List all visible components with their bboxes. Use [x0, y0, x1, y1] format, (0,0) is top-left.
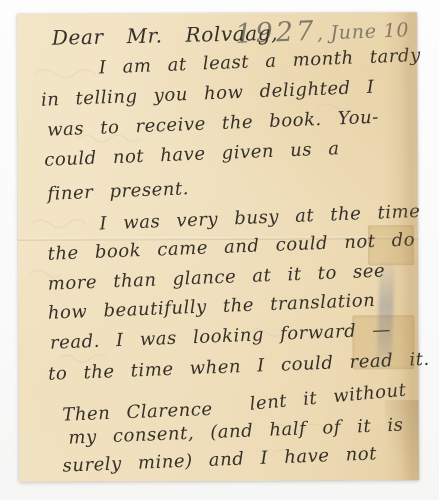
letter-line: Then Clarence	[62, 399, 213, 426]
letter-line: could not have given us a	[44, 138, 340, 171]
letter-line: how beautifully the translation	[48, 290, 376, 324]
letter-line: was to receive the book. You-	[47, 107, 379, 141]
letter-line: to the time when I could read it.	[48, 349, 430, 385]
letter-line: finer present.	[47, 178, 189, 205]
letter-line: the book came and could not do	[47, 229, 415, 264]
scanned-letter-scene: 1927, June 10 Dear Mr. Rolvaag, I am at …	[0, 0, 439, 500]
letter-line: I am at least a month tardy	[98, 45, 421, 79]
date-month-day: , June 10	[316, 19, 409, 45]
letter-line: surely mine) and I have not	[62, 443, 377, 476]
letter-line: lent it without	[249, 380, 407, 415]
salutation: Dear Mr. Rolvaag,	[52, 21, 279, 50]
letter-line: more than glance at it to see	[47, 261, 385, 295]
letter-line: in telling you how delighted I	[41, 77, 375, 111]
letter-line: read. I was looking forward —	[50, 319, 392, 353]
letter-paper: 1927, June 10 Dear Mr. Rolvaag, I am at …	[17, 12, 419, 482]
corner-crease	[385, 400, 419, 480]
